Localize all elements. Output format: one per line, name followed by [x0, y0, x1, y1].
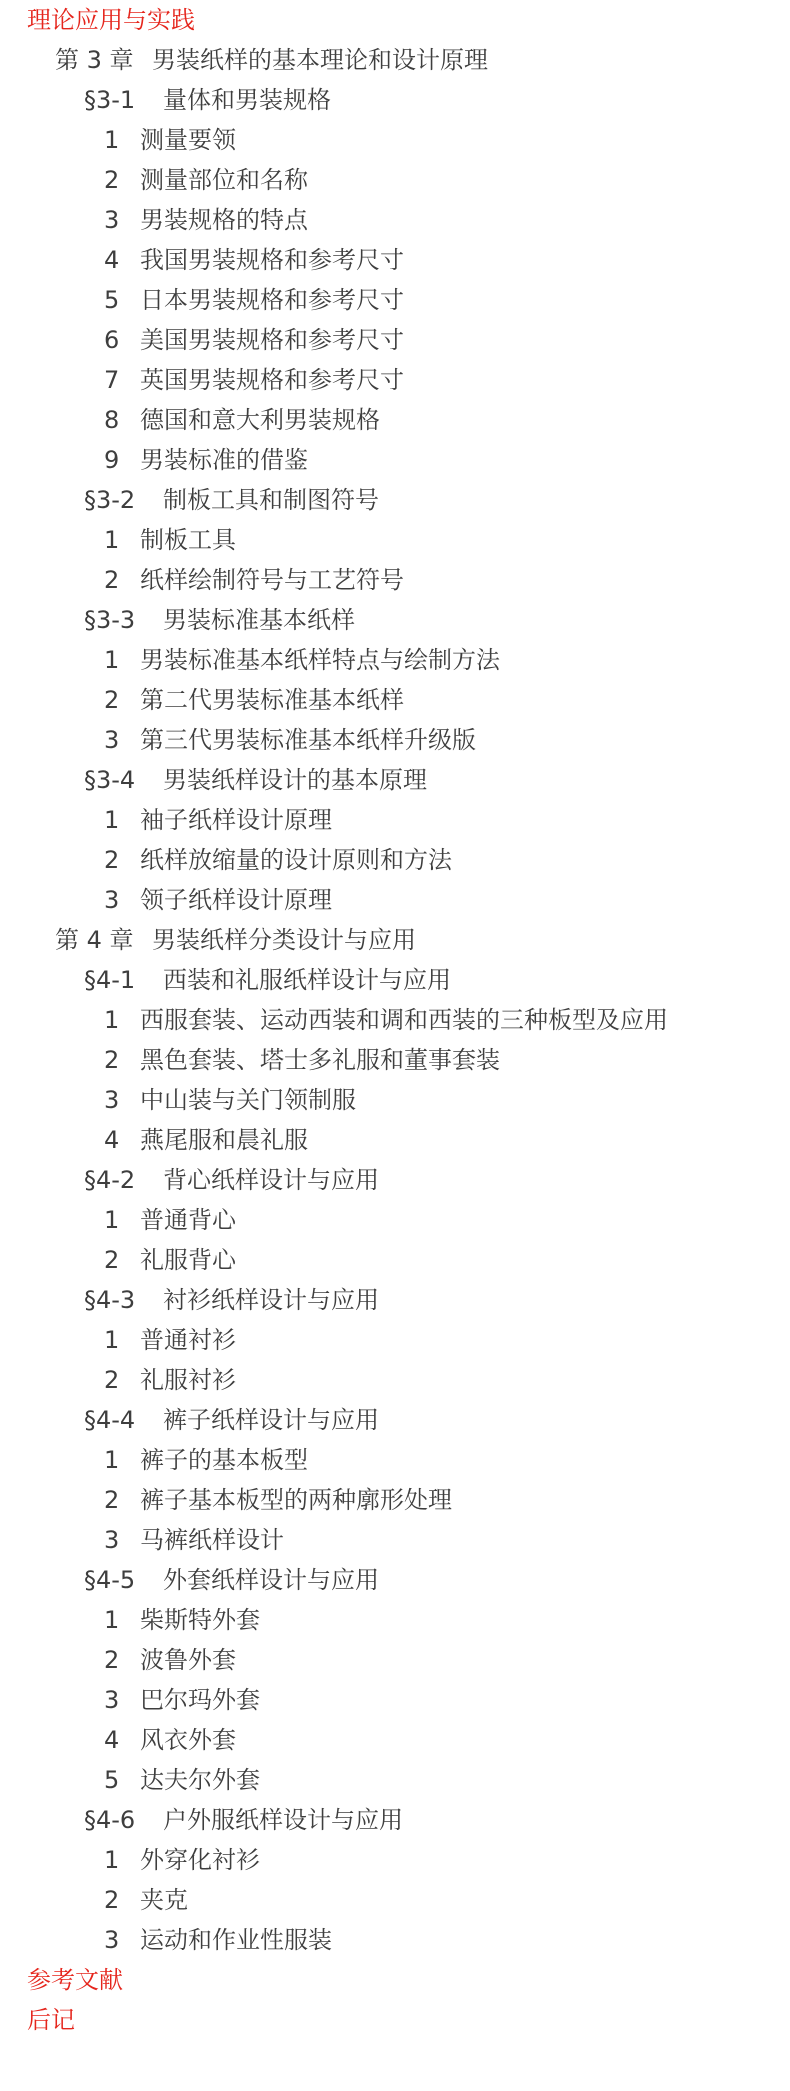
item-number-label: 1 — [104, 800, 140, 840]
item-title: 袖子纸样设计原理 — [140, 800, 332, 840]
item-number-label: 1 — [104, 1200, 140, 1240]
item-number-label: 1 — [104, 1320, 140, 1360]
chapter-title: 男装纸样分类设计与应用 — [152, 920, 416, 960]
part-title-label: 理论应用与实践 — [27, 0, 195, 40]
toc-item-entry[interactable]: 4我国男装规格和参考尺寸 — [0, 240, 790, 280]
item-number-label: 4 — [104, 1120, 140, 1160]
item-number-label: 3 — [104, 1680, 140, 1720]
item-title: 达夫尔外套 — [140, 1760, 260, 1800]
toc-item-entry[interactable]: 2纸样放缩量的设计原则和方法 — [0, 840, 790, 880]
toc-afterword-entry[interactable]: 后记 — [0, 2000, 790, 2040]
toc-item-entry[interactable]: 2夹克 — [0, 1880, 790, 1920]
toc-section-entry[interactable]: §3-1量体和男装规格 — [0, 80, 790, 120]
item-number-label: 2 — [104, 560, 140, 600]
references-label: 参考文献 — [27, 1960, 123, 2000]
item-number-label: 4 — [104, 240, 140, 280]
item-title: 普通衬衫 — [140, 1320, 236, 1360]
toc-chapter-entry[interactable]: 第 3 章男装纸样的基本理论和设计原理 — [0, 40, 790, 80]
item-number-label: 7 — [104, 360, 140, 400]
item-title: 中山装与关门领制服 — [140, 1080, 356, 1120]
section-title: 制板工具和制图符号 — [163, 480, 379, 520]
item-title: 男装标准的借鉴 — [140, 440, 308, 480]
toc-section-entry[interactable]: §4-2背心纸样设计与应用 — [0, 1160, 790, 1200]
item-number-label: 3 — [104, 720, 140, 760]
toc-references-entry[interactable]: 参考文献 — [0, 1960, 790, 2000]
item-title: 裤子基本板型的两种廓形处理 — [140, 1480, 452, 1520]
item-title: 礼服衬衫 — [140, 1360, 236, 1400]
toc-item-entry[interactable]: 2礼服背心 — [0, 1240, 790, 1280]
toc-section-entry[interactable]: §3-4男装纸样设计的基本原理 — [0, 760, 790, 800]
toc-item-entry[interactable]: 1西服套装、运动西装和调和西装的三种板型及应用 — [0, 1000, 790, 1040]
toc-item-entry[interactable]: 4燕尾服和晨礼服 — [0, 1120, 790, 1160]
section-title: 外套纸样设计与应用 — [163, 1560, 379, 1600]
toc-item-entry[interactable]: 1普通衬衫 — [0, 1320, 790, 1360]
item-number-label: 5 — [104, 1760, 140, 1800]
section-title: 背心纸样设计与应用 — [163, 1160, 379, 1200]
toc-item-entry[interactable]: 3马裤纸样设计 — [0, 1520, 790, 1560]
toc-section-entry[interactable]: §4-1西装和礼服纸样设计与应用 — [0, 960, 790, 1000]
item-number-label: 2 — [104, 1880, 140, 1920]
section-number-label: §3-1 — [84, 80, 163, 120]
item-number-label: 3 — [104, 880, 140, 920]
item-number-label: 2 — [104, 1360, 140, 1400]
section-number-label: §3-4 — [84, 760, 163, 800]
toc-item-entry[interactable]: 1袖子纸样设计原理 — [0, 800, 790, 840]
item-title: 波鲁外套 — [140, 1640, 236, 1680]
section-title: 裤子纸样设计与应用 — [163, 1400, 379, 1440]
section-number-label: §3-2 — [84, 480, 163, 520]
toc-item-entry[interactable]: 2裤子基本板型的两种廓形处理 — [0, 1480, 790, 1520]
afterword-label: 后记 — [27, 2000, 75, 2040]
toc-section-entry[interactable]: §3-3男装标准基本纸样 — [0, 600, 790, 640]
toc-section-entry[interactable]: §4-4裤子纸样设计与应用 — [0, 1400, 790, 1440]
item-number-label: 3 — [104, 1080, 140, 1120]
item-number-label: 2 — [104, 1480, 140, 1520]
item-number-label: 2 — [104, 680, 140, 720]
toc-item-entry[interactable]: 4风衣外套 — [0, 1720, 790, 1760]
section-number-label: §4-6 — [84, 1800, 163, 1840]
section-number-label: §4-2 — [84, 1160, 163, 1200]
toc-item-entry[interactable]: 1制板工具 — [0, 520, 790, 560]
toc-item-entry[interactable]: 1测量要领 — [0, 120, 790, 160]
item-title: 测量部位和名称 — [140, 160, 308, 200]
item-title: 巴尔玛外套 — [140, 1680, 260, 1720]
section-title: 男装纸样设计的基本原理 — [163, 760, 427, 800]
item-title: 马裤纸样设计 — [140, 1520, 284, 1560]
section-title: 衬衫纸样设计与应用 — [163, 1280, 379, 1320]
item-number-label: 2 — [104, 1640, 140, 1680]
item-number-label: 3 — [104, 1520, 140, 1560]
toc-item-entry[interactable]: 2纸样绘制符号与工艺符号 — [0, 560, 790, 600]
chapter-number-label: 第 4 章 — [55, 920, 152, 960]
item-title: 夹克 — [140, 1880, 188, 1920]
toc-section-entry[interactable]: §4-3衬衫纸样设计与应用 — [0, 1280, 790, 1320]
item-title: 英国男装规格和参考尺寸 — [140, 360, 404, 400]
item-title: 纸样放缩量的设计原则和方法 — [140, 840, 452, 880]
toc-section-entry[interactable]: §3-2制板工具和制图符号 — [0, 480, 790, 520]
toc-item-entry[interactable]: 2礼服衬衫 — [0, 1360, 790, 1400]
item-number-label: 8 — [104, 400, 140, 440]
item-number-label: 3 — [104, 1920, 140, 1960]
toc-part-title[interactable]: 理论应用与实践 — [0, 0, 790, 40]
item-title: 领子纸样设计原理 — [140, 880, 332, 920]
toc-item-entry[interactable]: 5达夫尔外套 — [0, 1760, 790, 1800]
item-number-label: 1 — [104, 1600, 140, 1640]
toc-item-entry[interactable]: 3领子纸样设计原理 — [0, 880, 790, 920]
section-number-label: §4-5 — [84, 1560, 163, 1600]
item-title: 美国男装规格和参考尺寸 — [140, 320, 404, 360]
section-title: 户外服纸样设计与应用 — [163, 1800, 403, 1840]
item-title: 礼服背心 — [140, 1240, 236, 1280]
toc-item-entry[interactable]: 1柴斯特外套 — [0, 1600, 790, 1640]
item-title: 风衣外套 — [140, 1720, 236, 1760]
item-number-label: 2 — [104, 1040, 140, 1080]
toc-item-entry[interactable]: 3男装规格的特点 — [0, 200, 790, 240]
item-number-label: 1 — [104, 1440, 140, 1480]
toc-item-entry[interactable]: 3巴尔玛外套 — [0, 1680, 790, 1720]
item-title: 黑色套装、塔士多礼服和董事套装 — [140, 1040, 500, 1080]
toc-item-entry[interactable]: 7英国男装规格和参考尺寸 — [0, 360, 790, 400]
chapter-number-label: 第 3 章 — [55, 40, 152, 80]
toc-item-entry[interactable]: 3第三代男装标准基本纸样升级版 — [0, 720, 790, 760]
item-title: 我国男装规格和参考尺寸 — [140, 240, 404, 280]
toc-item-entry[interactable]: 2测量部位和名称 — [0, 160, 790, 200]
toc-item-entry[interactable]: 1裤子的基本板型 — [0, 1440, 790, 1480]
toc-item-entry[interactable]: 2波鲁外套 — [0, 1640, 790, 1680]
toc-item-entry[interactable]: 9男装标准的借鉴 — [0, 440, 790, 480]
item-title: 测量要领 — [140, 120, 236, 160]
item-title: 运动和作业性服装 — [140, 1920, 332, 1960]
item-title: 燕尾服和晨礼服 — [140, 1120, 308, 1160]
item-title: 男装规格的特点 — [140, 200, 308, 240]
toc-body: 第 3 章男装纸样的基本理论和设计原理§3-1量体和男装规格1测量要领2测量部位… — [0, 40, 790, 1960]
toc-section-entry[interactable]: §4-6户外服纸样设计与应用 — [0, 1800, 790, 1840]
item-number-label: 2 — [104, 840, 140, 880]
section-number-label: §4-4 — [84, 1400, 163, 1440]
item-title: 制板工具 — [140, 520, 236, 560]
toc-item-entry[interactable]: 3运动和作业性服装 — [0, 1920, 790, 1960]
item-number-label: 2 — [104, 1240, 140, 1280]
section-title: 量体和男装规格 — [163, 80, 331, 120]
table-of-contents: 理论应用与实践 第 3 章男装纸样的基本理论和设计原理§3-1量体和男装规格1测… — [0, 0, 790, 2040]
item-title: 第二代男装标准基本纸样 — [140, 680, 404, 720]
item-number-label: 1 — [104, 1000, 140, 1040]
item-number-label: 2 — [104, 160, 140, 200]
item-number-label: 1 — [104, 120, 140, 160]
toc-section-entry[interactable]: §4-5外套纸样设计与应用 — [0, 1560, 790, 1600]
item-number-label: 4 — [104, 1720, 140, 1760]
toc-chapter-entry[interactable]: 第 4 章男装纸样分类设计与应用 — [0, 920, 790, 960]
item-number-label: 9 — [104, 440, 140, 480]
section-title: 男装标准基本纸样 — [163, 600, 355, 640]
item-number-label: 1 — [104, 520, 140, 560]
toc-item-entry[interactable]: 5日本男装规格和参考尺寸 — [0, 280, 790, 320]
toc-item-entry[interactable]: 1男装标准基本纸样特点与绘制方法 — [0, 640, 790, 680]
toc-item-entry[interactable]: 3中山装与关门领制服 — [0, 1080, 790, 1120]
item-title: 纸样绘制符号与工艺符号 — [140, 560, 404, 600]
item-title: 西服套装、运动西装和调和西装的三种板型及应用 — [140, 1000, 668, 1040]
item-title: 裤子的基本板型 — [140, 1440, 308, 1480]
item-number-label: 1 — [104, 640, 140, 680]
section-title: 西装和礼服纸样设计与应用 — [163, 960, 451, 1000]
toc-item-entry[interactable]: 2黑色套装、塔士多礼服和董事套装 — [0, 1040, 790, 1080]
item-title: 日本男装规格和参考尺寸 — [140, 280, 404, 320]
toc-item-entry[interactable]: 8德国和意大利男装规格 — [0, 400, 790, 440]
item-title: 德国和意大利男装规格 — [140, 400, 380, 440]
item-title: 柴斯特外套 — [140, 1600, 260, 1640]
toc-item-entry[interactable]: 6美国男装规格和参考尺寸 — [0, 320, 790, 360]
item-title: 外穿化衬衫 — [140, 1840, 260, 1880]
item-number-label: 5 — [104, 280, 140, 320]
toc-item-entry[interactable]: 1普通背心 — [0, 1200, 790, 1240]
item-number-label: 6 — [104, 320, 140, 360]
item-title: 男装标准基本纸样特点与绘制方法 — [140, 640, 500, 680]
section-number-label: §4-1 — [84, 960, 163, 1000]
item-number-label: 3 — [104, 200, 140, 240]
toc-item-entry[interactable]: 1外穿化衬衫 — [0, 1840, 790, 1880]
chapter-title: 男装纸样的基本理论和设计原理 — [152, 40, 488, 80]
section-number-label: §4-3 — [84, 1280, 163, 1320]
item-title: 普通背心 — [140, 1200, 236, 1240]
item-title: 第三代男装标准基本纸样升级版 — [140, 720, 476, 760]
toc-item-entry[interactable]: 2第二代男装标准基本纸样 — [0, 680, 790, 720]
item-number-label: 1 — [104, 1840, 140, 1880]
section-number-label: §3-3 — [84, 600, 163, 640]
